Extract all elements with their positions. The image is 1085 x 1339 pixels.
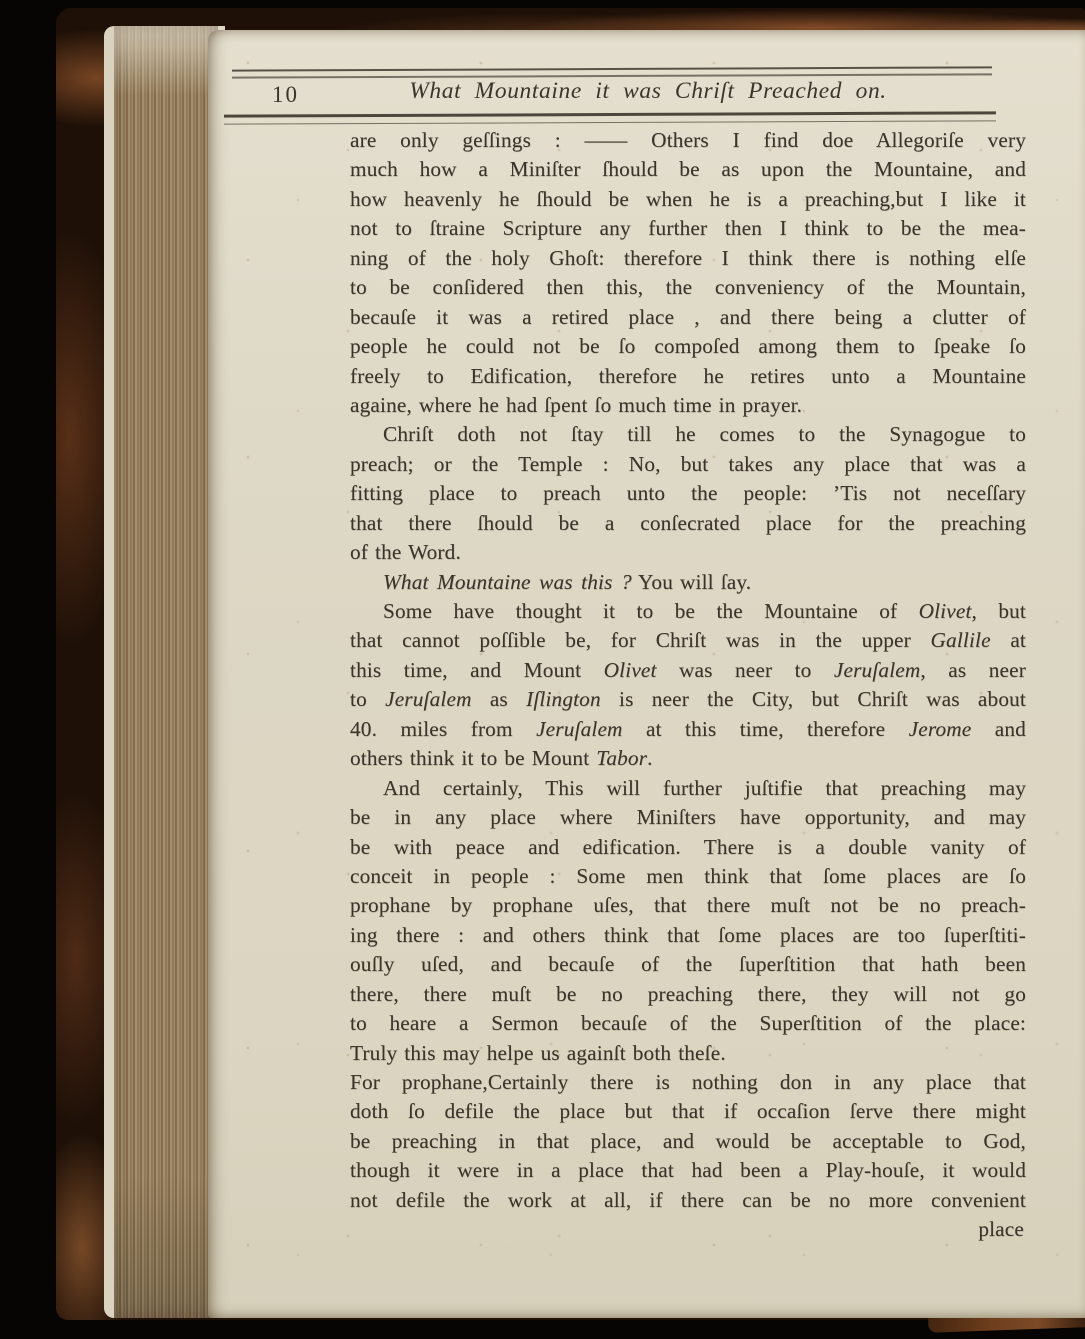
text-line: not defile the work at all, if there can…	[350, 1186, 1026, 1215]
roman-text: be preaching in that place, and would be…	[350, 1129, 1026, 1153]
roman-text: to be conſidered then this, the convenie…	[350, 275, 1026, 299]
roman-text: conceit in people : Some men think that …	[350, 864, 1026, 888]
roman-text: be with peace and edification. There is …	[350, 835, 1026, 859]
text-line: ning of the holy Ghoſt: therefore I thin…	[350, 244, 1026, 273]
roman-text: people he could not be ſo compoſed among…	[350, 334, 1026, 358]
text-line: freely to Edification, therefore he reti…	[350, 362, 1026, 391]
roman-text: at this time, therefore	[623, 717, 909, 741]
roman-text: not defile the work at all, if there can…	[350, 1188, 1026, 1212]
roman-text: and	[971, 717, 1026, 741]
roman-text: Chriſt doth not ſtay till he comes to th…	[383, 422, 1026, 446]
italic-text: Jeruſalem	[385, 687, 472, 711]
roman-text: was neer to	[657, 658, 834, 682]
header-rule-bottom	[224, 111, 996, 124]
text-line: conceit in people : Some men think that …	[350, 862, 1026, 891]
text-line: how heavenly he ſhould be when he is a p…	[350, 185, 1026, 214]
roman-text: Some have thought it to be the Mountaine…	[383, 599, 919, 623]
roman-text: preach; or the Temple : No, but takes an…	[350, 452, 1026, 476]
book-page-scan: 10 What Mountaine it was Chriſt Preached…	[208, 30, 1085, 1318]
text-line: are only geſſings : —— Others I find doe…	[350, 126, 1026, 155]
roman-text: to heare a Sermon becauſe of the Superſt…	[350, 1011, 1026, 1035]
roman-text: how heavenly he ſhould be when he is a p…	[350, 187, 1026, 211]
text-line: this time, and Mount Olivet was neer to …	[350, 656, 1026, 685]
text-line: preach; or the Temple : No, but takes an…	[350, 450, 1026, 479]
italic-text: Tabor	[596, 746, 647, 770]
text-line: others think it to be Mount Tabor.	[350, 744, 1026, 773]
roman-text: that cannot poſſible be, for Chriſt was …	[350, 628, 931, 652]
roman-text: there, there muſt be no preaching there,…	[350, 982, 1026, 1006]
roman-text: at	[991, 628, 1026, 652]
catchword: place	[350, 1215, 1026, 1244]
text-line: be in any place where Miniſters have opp…	[350, 803, 1026, 832]
roman-text: ouſly uſed, and becauſe of the ſuperſtit…	[350, 952, 1026, 976]
header-rule-top	[232, 66, 992, 78]
roman-text: are only geſſings : —— Others I find doe…	[350, 128, 1026, 152]
roman-text: not to ſtraine Scripture any further the…	[350, 216, 1026, 240]
text-line: much how a Miniſter ſhould be as upon th…	[350, 155, 1026, 184]
roman-text: becauſe it was a retired place , and the…	[350, 305, 1026, 329]
text-line: be preaching in that place, and would be…	[350, 1127, 1026, 1156]
roman-text: much how a Miniſter ſhould be as upon th…	[350, 157, 1026, 181]
text-line: againe, where he had ſpent ſo much time …	[350, 391, 1026, 420]
roman-text: 40. miles from	[350, 717, 536, 741]
roman-text: againe, where he had ſpent ſo much time …	[350, 393, 802, 417]
roman-text: is neer the City, but Chriſt was about	[601, 687, 1026, 711]
text-line: to Jeruſalem as Iſlington is neer the Ci…	[350, 685, 1026, 714]
text-line: ing there : and others think that ſome p…	[350, 921, 1026, 950]
roman-text: ing there : and others think that ſome p…	[350, 923, 1026, 947]
text-line: that there ſhould be a conſecrated place…	[350, 509, 1026, 538]
text-line: that cannot poſſible be, for Chriſt was …	[350, 626, 1026, 655]
roman-text: prophane by prophane uſes, that there mu…	[350, 893, 1026, 917]
italic-text: Olivet	[919, 599, 972, 623]
text-line: doth ſo defile the place but that if occ…	[350, 1097, 1026, 1126]
body-text: are only geſſings : —— Others I find doe…	[350, 126, 1026, 1245]
roman-text: ning of the holy Ghoſt: therefore I thin…	[350, 246, 1026, 270]
roman-text: And certainly, This will further juſtifi…	[383, 776, 1026, 800]
roman-text: You will ſay.	[632, 570, 751, 594]
running-header-title: What Mountaine it was Chriſt Preached on…	[368, 78, 928, 105]
roman-text: doth ſo defile the place but that if occ…	[350, 1099, 1026, 1123]
text-line: ouſly uſed, and becauſe of the ſuperſtit…	[350, 950, 1026, 979]
text-line: people he could not be ſo compoſed among…	[350, 332, 1026, 361]
text-line: not to ſtraine Scripture any further the…	[350, 214, 1026, 243]
roman-text: be in any place where Miniſters have opp…	[350, 805, 1026, 829]
roman-text: , as neer	[920, 658, 1026, 682]
roman-text: .	[647, 746, 652, 770]
roman-text: this time, and Mount	[350, 658, 604, 682]
italic-text: Jeruſalem	[834, 658, 921, 682]
italic-text: Jerome	[909, 717, 972, 741]
text-line: to heare a Sermon becauſe of the Superſt…	[350, 1009, 1026, 1038]
page-number: 10	[272, 82, 299, 108]
text-line: be with peace and edification. There is …	[350, 833, 1026, 862]
text-line: Truly this may helpe us againſt both the…	[350, 1039, 1026, 1068]
italic-text: Jeruſalem	[536, 717, 623, 741]
roman-text: Truly this may helpe us againſt both the…	[350, 1041, 726, 1065]
text-line: becauſe it was a retired place , and the…	[350, 303, 1026, 332]
text-line: fitting place to preach unto the people:…	[350, 479, 1026, 508]
italic-text: Olivet	[604, 658, 657, 682]
italic-text: Gallile	[931, 628, 991, 652]
roman-text: For prophane,Certainly there is nothing …	[350, 1070, 1026, 1094]
text-line: there, there muſt be no preaching there,…	[350, 980, 1026, 1009]
text-line: prophane by prophane uſes, that there mu…	[350, 891, 1026, 920]
italic-text: What Mountaine was this ?	[383, 570, 632, 594]
text-line: 40. miles from Jeruſalem at this time, t…	[350, 715, 1026, 744]
text-line: Chriſt doth not ſtay till he comes to th…	[350, 420, 1026, 449]
text-line: For prophane,Certainly there is nothing …	[350, 1068, 1026, 1097]
roman-text: freely to Edification, therefore he reti…	[350, 364, 1026, 388]
roman-text: fitting place to preach unto the people:…	[350, 481, 1026, 505]
text-line: Some have thought it to be the Mountaine…	[350, 597, 1026, 626]
roman-text: as	[472, 687, 526, 711]
roman-text: to	[350, 687, 385, 711]
text-line: though it were in a place that had been …	[350, 1156, 1026, 1185]
text-line: And certainly, This will further juſtifi…	[350, 774, 1026, 803]
roman-text: though it were in a place that had been …	[350, 1158, 1026, 1182]
italic-text: Iſlington	[526, 687, 601, 711]
text-line: What Mountaine was this ? You will ſay.	[350, 568, 1026, 597]
book-fore-edge-pages	[104, 26, 225, 1318]
roman-text: others think it to be Mount	[350, 746, 596, 770]
roman-text: , but	[972, 599, 1026, 623]
text-line: to be conſidered then this, the convenie…	[350, 273, 1026, 302]
roman-text: that there ſhould be a conſecrated place…	[350, 511, 1026, 535]
text-line: of the Word.	[350, 538, 1026, 567]
roman-text: of the Word.	[350, 540, 461, 564]
